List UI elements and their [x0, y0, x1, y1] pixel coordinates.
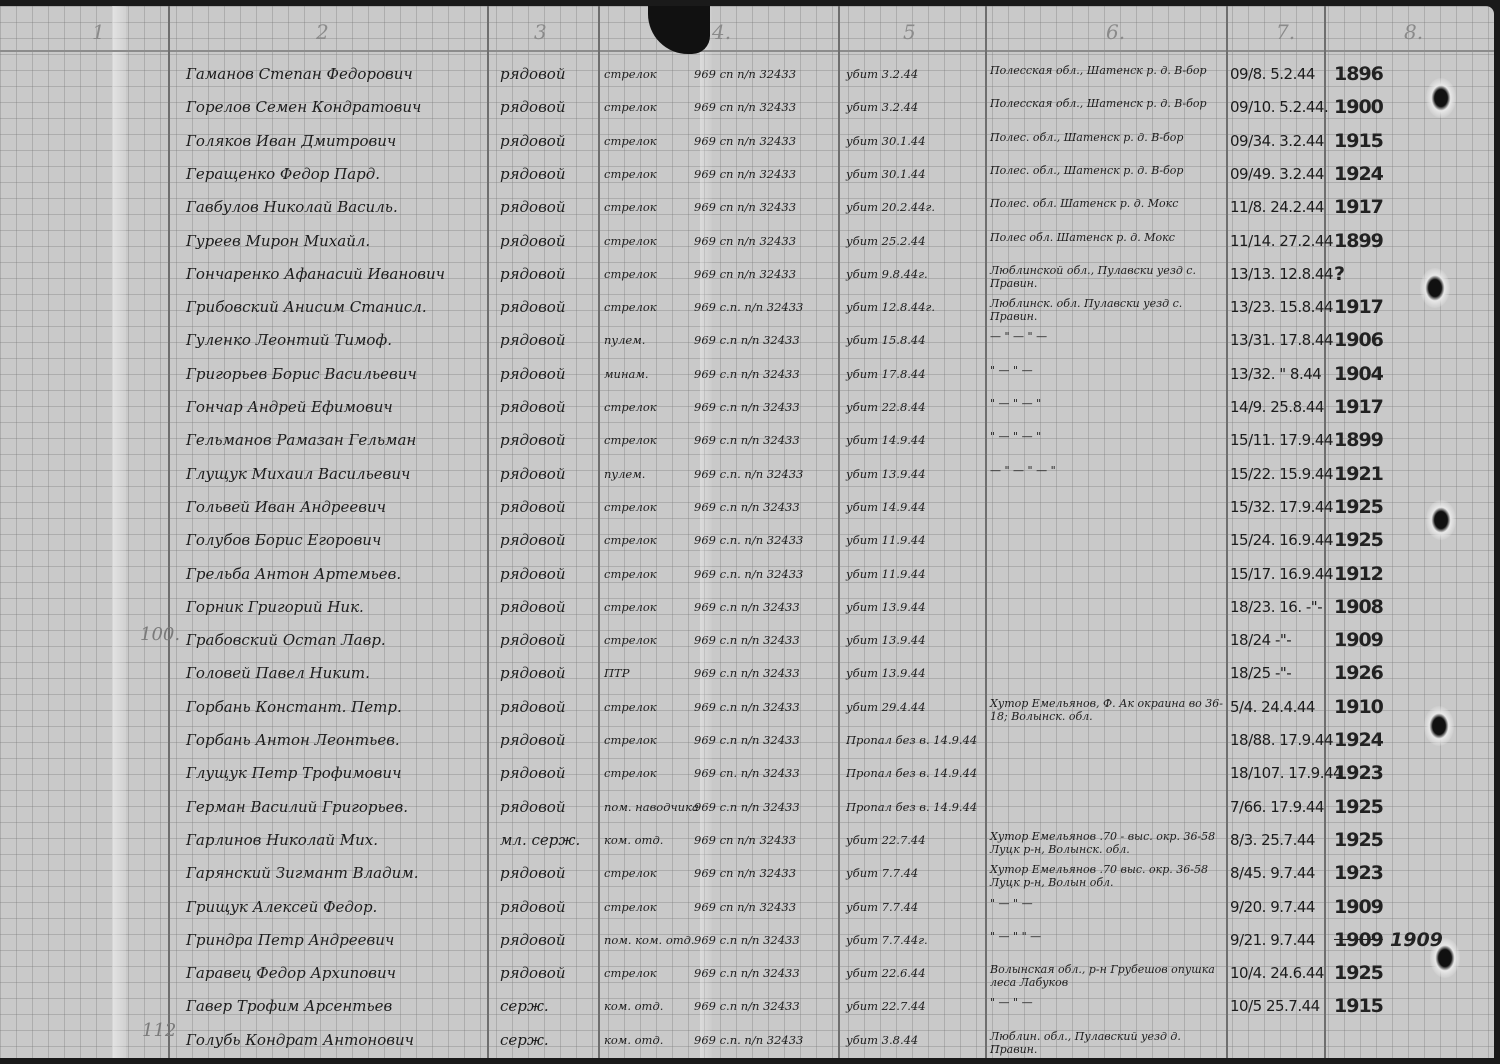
fate: убит 30.1.44	[846, 167, 926, 181]
unit: 969 с.п п/п 32433	[694, 966, 800, 980]
rank: рядовой	[500, 564, 566, 584]
place-of-burial: Хутор Емельянов .70 - выс. окр. 36-58 Лу…	[990, 830, 1226, 856]
place-of-burial: — " — " — "	[990, 464, 1226, 477]
soldier-name: Гольвей Иван Андреевич	[186, 497, 386, 517]
fate: Пропал без в. 14.9.44	[846, 800, 977, 814]
rank: рядовой	[500, 730, 566, 750]
record-number: 9/21. 9.7.44	[1230, 930, 1315, 950]
position: стрелок	[604, 766, 657, 780]
birth-year: 1909	[1334, 930, 1383, 950]
unit: 969 сп п/п 32433	[694, 866, 796, 880]
unit: 969 сп. п/п 32433	[694, 766, 800, 780]
fate: убит 14.9.44	[846, 500, 926, 514]
record-number: 10/4. 24.6.44	[1230, 963, 1324, 983]
position: стрелок	[604, 100, 657, 114]
record-number: 13/32. " 8.44	[1230, 364, 1321, 384]
register-row: Гавбулов Николай Василь.рядовойстрелок96…	[0, 197, 1494, 230]
soldier-name: Гуреев Мирон Михайл.	[186, 231, 370, 251]
fate: убит 30.1.44	[846, 134, 926, 148]
record-number: 18/23. 16. -"-	[1230, 597, 1322, 617]
register-row: Горелов Семен Кондратовичрядовойстрелок9…	[0, 97, 1494, 130]
birth-year: ?	[1334, 264, 1344, 284]
rank: рядовой	[500, 164, 566, 184]
soldier-name: Горелов Семен Кондратович	[186, 97, 421, 117]
position: стрелок	[604, 733, 657, 747]
fate: убит 20.2.44г.	[846, 200, 935, 214]
unit: 969 с.п п/п 32433	[694, 633, 800, 647]
birth-year: 1909	[1334, 630, 1383, 650]
soldier-name: Грибовский Анисим Станисл.	[186, 297, 427, 317]
position: стрелок	[604, 234, 657, 248]
unit: 969 сп п/п 32433	[694, 67, 796, 81]
register-row: Гарянский Зигмант Владим.рядовойстрелок9…	[0, 863, 1494, 896]
register-row: Гуленко Леонтий Тимоф.рядовойпулем.969 с…	[0, 330, 1494, 363]
record-number: 18/25 -"-	[1230, 663, 1291, 683]
register-row: Голубь Кондрат Антоновичсерж.ком. отд.96…	[0, 1030, 1494, 1063]
position: стрелок	[604, 700, 657, 714]
fate: убит 15.8.44	[846, 333, 926, 347]
birth-year: 1899	[1334, 231, 1383, 251]
record-number: 13/23. 15.8.44	[1230, 297, 1333, 317]
place-of-burial: Хутор Емельянов .70 выс. окр. 36-58 Луцк…	[990, 863, 1226, 889]
unit: 969 с.п п/п 32433	[694, 367, 800, 381]
unit: 969 сп п/п 32433	[694, 234, 796, 248]
column-number-6: 6.	[1106, 20, 1125, 44]
soldier-name: Гавбулов Николай Василь.	[186, 197, 398, 217]
unit: 969 с.п п/п 32433	[694, 999, 800, 1013]
birth-year: 1896	[1334, 64, 1383, 84]
unit: 969 с.п п/п 32433	[694, 600, 800, 614]
rank: рядовой	[500, 697, 566, 717]
register-row: Горбань Констант. Петр.рядовойстрелок969…	[0, 697, 1494, 730]
unit: 969 с.п. п/п 32433	[694, 533, 803, 547]
rank: рядовой	[500, 131, 566, 151]
record-number: 11/14. 27.2.44	[1230, 231, 1333, 251]
rank: рядовой	[500, 231, 566, 251]
place-of-burial: Полес. обл., Шатенск р. д. В-бор	[990, 164, 1226, 177]
position: стрелок	[604, 900, 657, 914]
fate: убит 22.6.44	[846, 966, 926, 980]
unit: 969 сп п/п 32433	[694, 833, 796, 847]
birth-year: 1923	[1334, 763, 1383, 783]
birth-year: 1925	[1334, 963, 1383, 983]
birth-year: 1925	[1334, 830, 1383, 850]
record-number: 18/107. 17.9.44	[1230, 763, 1342, 783]
register-row: Гончаренко Афанасий Ивановичрядовойстрел…	[0, 264, 1494, 297]
fate: убит 11.9.44	[846, 567, 926, 581]
record-number: 15/22. 15.9.44	[1230, 464, 1333, 484]
fate: убит 7.7.44	[846, 866, 918, 880]
fate: убит 14.9.44	[846, 433, 926, 447]
unit: 969 с.п п/п 32433	[694, 666, 800, 680]
place-of-burial: " — " —	[990, 364, 1226, 377]
register-row: Гарлинов Николай Мих.мл. серж.ком. отд.9…	[0, 830, 1494, 863]
register-row: Герман Василий Григорьев.рядовойпом. нав…	[0, 797, 1494, 830]
unit: 969 сп п/п 32433	[694, 134, 796, 148]
record-number: 8/3. 25.7.44	[1230, 830, 1315, 850]
soldier-name: Головей Павел Никит.	[186, 663, 370, 683]
register-row: Голяков Иван Дмитровичрядовойстрелок969 …	[0, 131, 1494, 164]
register-row: Гуреев Мирон Михайл.рядовойстрелок969 сп…	[0, 231, 1494, 264]
rank: рядовой	[500, 397, 566, 417]
soldier-name: Григорьев Борис Васильевич	[186, 364, 417, 384]
fate: убит 3.2.44	[846, 67, 918, 81]
register-row: Гавер Трофим Арсентьевсерж.ком. отд.969 …	[0, 996, 1494, 1029]
fate: убит 13.9.44	[846, 633, 926, 647]
record-number: 15/11. 17.9.44	[1230, 430, 1333, 450]
position: стрелок	[604, 567, 657, 581]
unit: 969 с.п п/п 32433	[694, 933, 800, 947]
place-of-burial: Волынская обл., р-н Грубешов опушка леса…	[990, 963, 1226, 989]
rank: рядовой	[500, 297, 566, 317]
record-number: 10/5 25.7.44	[1230, 996, 1320, 1016]
register-row: Горбань Антон Леонтьев.рядовойстрелок969…	[0, 730, 1494, 763]
column-number-1: 1	[92, 20, 105, 44]
fate: убит 3.8.44	[846, 1033, 918, 1047]
birth-year: 1906	[1334, 330, 1383, 350]
place-of-burial: Полес. обл. Шатенск р. д. Мокс	[990, 197, 1226, 210]
fate: убит 11.9.44	[846, 533, 926, 547]
fate: Пропал без в. 14.9.44	[846, 733, 977, 747]
place-of-burial: " — " — "	[990, 397, 1226, 410]
record-number: 09/8. 5.2.44	[1230, 64, 1315, 84]
birth-year: 1917	[1334, 397, 1383, 417]
unit: 969 с.п. п/п 32433	[694, 300, 803, 314]
place-of-burial: Полесская обл., Шатенск р. д. В-бор	[990, 64, 1226, 77]
soldier-name: Горбань Констант. Петр.	[186, 697, 402, 717]
register-row: Гончар Андрей Ефимовичрядовойстрелок969 …	[0, 397, 1494, 430]
ink-blot	[648, 6, 710, 54]
position: стрелок	[604, 966, 657, 980]
unit: 969 сп п/п 32433	[694, 900, 796, 914]
fate: убит 22.8.44	[846, 400, 926, 414]
rank: рядовой	[500, 930, 566, 950]
rank: рядовой	[500, 530, 566, 550]
register-row: Грибовский Анисим Станисл.рядовойстрелок…	[0, 297, 1494, 330]
fate: убит 17.8.44	[846, 367, 926, 381]
birth-year: 1921	[1334, 464, 1383, 484]
rank: рядовой	[500, 197, 566, 217]
rank: рядовой	[500, 797, 566, 817]
place-of-burial: — " — " —	[990, 330, 1226, 343]
soldier-name: Гончар Андрей Ефимович	[186, 397, 393, 417]
unit: 969 сп п/п 32433	[694, 100, 796, 114]
soldier-name: Голубов Борис Егорович	[186, 530, 381, 550]
register-row: Грельба Антон Артемьев.рядовойстрелок969…	[0, 564, 1494, 597]
position: стрелок	[604, 433, 657, 447]
unit: 969 сп п/п 32433	[694, 167, 796, 181]
register-row: Грищук Алексей Федор.рядовойстрелок969 с…	[0, 897, 1494, 930]
unit: 969 с.п п/п 32433	[694, 700, 800, 714]
record-number: 18/24 -"-	[1230, 630, 1291, 650]
birth-year: 1926	[1334, 663, 1383, 683]
birth-year: 1915	[1334, 131, 1383, 151]
place-of-burial: Полес обл. Шатенск р. д. Мокс	[990, 231, 1226, 244]
rank: рядовой	[500, 497, 566, 517]
register-sheet: 1 2 3 4. 5 6. 7. 8. 100. 112 Гаманов Сте…	[0, 6, 1494, 1058]
rank: рядовой	[500, 430, 566, 450]
unit: 969 с.п п/п 32433	[694, 500, 800, 514]
register-row: Горник Григорий Ник.рядовойстрелок969 с.…	[0, 597, 1494, 630]
record-number: 13/31. 17.8.44	[1230, 330, 1333, 350]
rank: рядовой	[500, 464, 566, 484]
unit: 969 с.п п/п 32433	[694, 333, 800, 347]
fate: убит 3.2.44	[846, 100, 918, 114]
fate: убит 13.9.44	[846, 467, 926, 481]
fate: убит 12.8.44г.	[846, 300, 935, 314]
rank: рядовой	[500, 763, 566, 783]
position: стрелок	[604, 633, 657, 647]
rank: рядовой	[500, 264, 566, 284]
rank: рядовой	[500, 630, 566, 650]
soldier-name: Грабовский Остап Лавр.	[186, 630, 386, 650]
birth-year-correction: 1909	[1390, 930, 1443, 950]
fate: убит 25.2.44	[846, 234, 926, 248]
rank: рядовой	[500, 64, 566, 84]
column-number-5: 5	[903, 20, 916, 44]
record-number: 14/9. 25.8.44	[1230, 397, 1324, 417]
position: пулем.	[604, 467, 645, 481]
place-of-burial: Полесская обл., Шатенск р. д. В-бор	[990, 97, 1226, 110]
record-number: 09/49. 3.2.44	[1230, 164, 1324, 184]
rank: рядовой	[500, 897, 566, 917]
fate: Пропал без в. 14.9.44	[846, 766, 977, 780]
soldier-name: Гарлинов Николай Мих.	[186, 830, 378, 850]
record-number: 11/8. 24.2.44	[1230, 197, 1324, 217]
position: стрелок	[604, 67, 657, 81]
register-row: Гриндра Петр Андреевичрядовойпом. ком. о…	[0, 930, 1494, 963]
rank: рядовой	[500, 963, 566, 983]
soldier-name: Грельба Антон Артемьев.	[186, 564, 401, 584]
unit: 969 с.п п/п 32433	[694, 800, 800, 814]
rank: рядовой	[500, 663, 566, 683]
position: стрелок	[604, 200, 657, 214]
birth-year: 1917	[1334, 197, 1383, 217]
birth-year: 1924	[1334, 730, 1383, 750]
soldier-name: Гавер Трофим Арсентьев	[186, 996, 392, 1016]
soldier-name: Голяков Иван Дмитрович	[186, 131, 396, 151]
soldier-name: Гончаренко Афанасий Иванович	[186, 264, 445, 284]
register-row: Гаманов Степан Федоровичрядовойстрелок96…	[0, 64, 1494, 97]
register-row: Грабовский Остап Лавр.рядовойстрелок969 …	[0, 630, 1494, 663]
position: ком. отд.	[604, 999, 663, 1013]
place-of-burial: " — " — "	[990, 430, 1226, 443]
record-number: 09/10. 5.2.44.	[1230, 97, 1328, 117]
unit: 969 с.п п/п 32433	[694, 733, 800, 747]
position: стрелок	[604, 533, 657, 547]
rank: рядовой	[500, 597, 566, 617]
register-row: Голубов Борис Егоровичрядовойстрелок969 …	[0, 530, 1494, 563]
place-of-burial: Люблинск. обл. Пулавски уезд с. Правин.	[990, 297, 1226, 323]
soldier-name: Гаравец Федор Архипович	[186, 963, 396, 983]
record-number: 9/20. 9.7.44	[1230, 897, 1315, 917]
fate: убит 9.8.44г.	[846, 267, 928, 281]
register-row: Гольвей Иван Андреевичрядовойстрелок969 …	[0, 497, 1494, 530]
soldier-name: Гуленко Леонтий Тимоф.	[186, 330, 392, 350]
record-number: 15/32. 17.9.44	[1230, 497, 1333, 517]
fate: убит 22.7.44	[846, 833, 926, 847]
position: пулем.	[604, 333, 645, 347]
record-number: 09/34. 3.2.44	[1230, 131, 1324, 151]
register-row: Головей Павел Никит.рядовойПТР969 с.п п/…	[0, 663, 1494, 696]
fate: убит 7.7.44г.	[846, 933, 928, 947]
column-number-7: 7.	[1276, 20, 1295, 44]
register-row: Гаравец Федор Архиповичрядовойстрелок969…	[0, 963, 1494, 996]
position: пом. наводчика	[604, 800, 699, 814]
unit: 969 с.п. п/п 32433	[694, 1033, 803, 1047]
birth-year: 1917	[1334, 297, 1383, 317]
rank: серж.	[500, 996, 549, 1016]
unit: 969 с.п. п/п 32433	[694, 467, 803, 481]
place-of-burial: Люблинской обл., Пулавски уезд с. Правин…	[990, 264, 1226, 290]
position: стрелок	[604, 500, 657, 514]
fate: убит 7.7.44	[846, 900, 918, 914]
register-row: Гельманов Рамазан Гельманрядовойстрелок9…	[0, 430, 1494, 463]
place-of-burial: Полес. обл., Шатенск р. д. В-бор	[990, 131, 1226, 144]
register-row: Григорьев Борис Васильевичрядовойминам.9…	[0, 364, 1494, 397]
soldier-name: Геращенко Федор Пард.	[186, 164, 380, 184]
position: минам.	[604, 367, 649, 381]
birth-year: 1915	[1334, 996, 1383, 1016]
register-row: Глущук Петр Трофимовичрядовойстрелок969 …	[0, 763, 1494, 796]
position: ком. отд.	[604, 1033, 663, 1047]
position: стрелок	[604, 300, 657, 314]
position: ПТР	[604, 666, 629, 680]
record-number: 18/88. 17.9.44	[1230, 730, 1333, 750]
birth-year: 1925	[1334, 497, 1383, 517]
birth-year: 1923	[1334, 863, 1383, 883]
rank: рядовой	[500, 330, 566, 350]
soldier-name: Грищук Алексей Федор.	[186, 897, 377, 917]
unit: 969 с.п. п/п 32433	[694, 567, 803, 581]
birth-year: 1924	[1334, 164, 1383, 184]
birth-year: 1912	[1334, 564, 1383, 584]
record-number: 7/66. 17.9.44	[1230, 797, 1324, 817]
rank: мл. серж.	[500, 830, 580, 850]
column-number-2: 2	[316, 20, 329, 44]
rank: серж.	[500, 1030, 549, 1050]
position: стрелок	[604, 600, 657, 614]
position: пом. ком. отд.	[604, 933, 695, 947]
soldier-name: Гаманов Степан Федорович	[186, 64, 413, 84]
place-of-burial: " — " —	[990, 897, 1226, 910]
record-number: 15/24. 16.9.44	[1230, 530, 1333, 550]
record-number: 8/45. 9.7.44	[1230, 863, 1315, 883]
unit: 969 с.п п/п 32433	[694, 433, 800, 447]
position: стрелок	[604, 167, 657, 181]
column-number-8: 8.	[1404, 20, 1423, 44]
record-number: 5/4. 24.4.44	[1230, 697, 1315, 717]
birth-year: 1925	[1334, 530, 1383, 550]
soldier-name: Гарянский Зигмант Владим.	[186, 863, 418, 883]
rank: рядовой	[500, 97, 566, 117]
record-number: 13/13. 12.8.44	[1230, 264, 1333, 284]
column-number-3: 3	[534, 20, 547, 44]
position: стрелок	[604, 134, 657, 148]
soldier-name: Гриндра Петр Андреевич	[186, 930, 394, 950]
birth-year: 1899	[1334, 430, 1383, 450]
soldier-name: Герман Василий Григорьев.	[186, 797, 408, 817]
birth-year: 1925	[1334, 797, 1383, 817]
birth-year: 1904	[1334, 364, 1383, 384]
fate: убит 22.7.44	[846, 999, 926, 1013]
place-of-burial: Люблин. обл., Пулавский уезд д. Правин.	[990, 1030, 1226, 1056]
position: стрелок	[604, 267, 657, 281]
fate: убит 29.4.44	[846, 700, 926, 714]
unit: 969 сп п/п 32433	[694, 267, 796, 281]
fate: убит 13.9.44	[846, 666, 926, 680]
register-row: Глущук Михаил Васильевичрядовойпулем.969…	[0, 464, 1494, 497]
position: ком. отд.	[604, 833, 663, 847]
place-of-burial: " — " " —	[990, 930, 1226, 943]
birth-year: 1909	[1334, 897, 1383, 917]
rank: рядовой	[500, 863, 566, 883]
unit: 969 сп п/п 32433	[694, 200, 796, 214]
soldier-name: Гельманов Рамазан Гельман	[186, 430, 416, 450]
birth-year: 1908	[1334, 597, 1383, 617]
unit: 969 с.п п/п 32433	[694, 400, 800, 414]
record-number: 15/17. 16.9.44	[1230, 564, 1333, 584]
birth-year: 1910	[1334, 697, 1383, 717]
soldier-name: Горник Григорий Ник.	[186, 597, 364, 617]
birth-year: 1900	[1334, 97, 1383, 117]
register-row: Геращенко Федор Пард.рядовойстрелок969 с…	[0, 164, 1494, 197]
soldier-name: Горбань Антон Леонтьев.	[186, 730, 400, 750]
header-rule	[0, 50, 1494, 52]
soldier-name: Глущук Петр Трофимович	[186, 763, 401, 783]
column-number-4: 4.	[712, 20, 731, 44]
position: стрелок	[604, 400, 657, 414]
place-of-burial: " — " —	[990, 996, 1226, 1009]
rank: рядовой	[500, 364, 566, 384]
soldier-name: Глущук Михаил Васильевич	[186, 464, 410, 484]
position: стрелок	[604, 866, 657, 880]
fate: убит 13.9.44	[846, 600, 926, 614]
soldier-name: Голубь Кондрат Антонович	[186, 1030, 414, 1050]
place-of-burial: Хутор Емельянов, Ф. Ак окраина во 36-18;…	[990, 697, 1226, 723]
